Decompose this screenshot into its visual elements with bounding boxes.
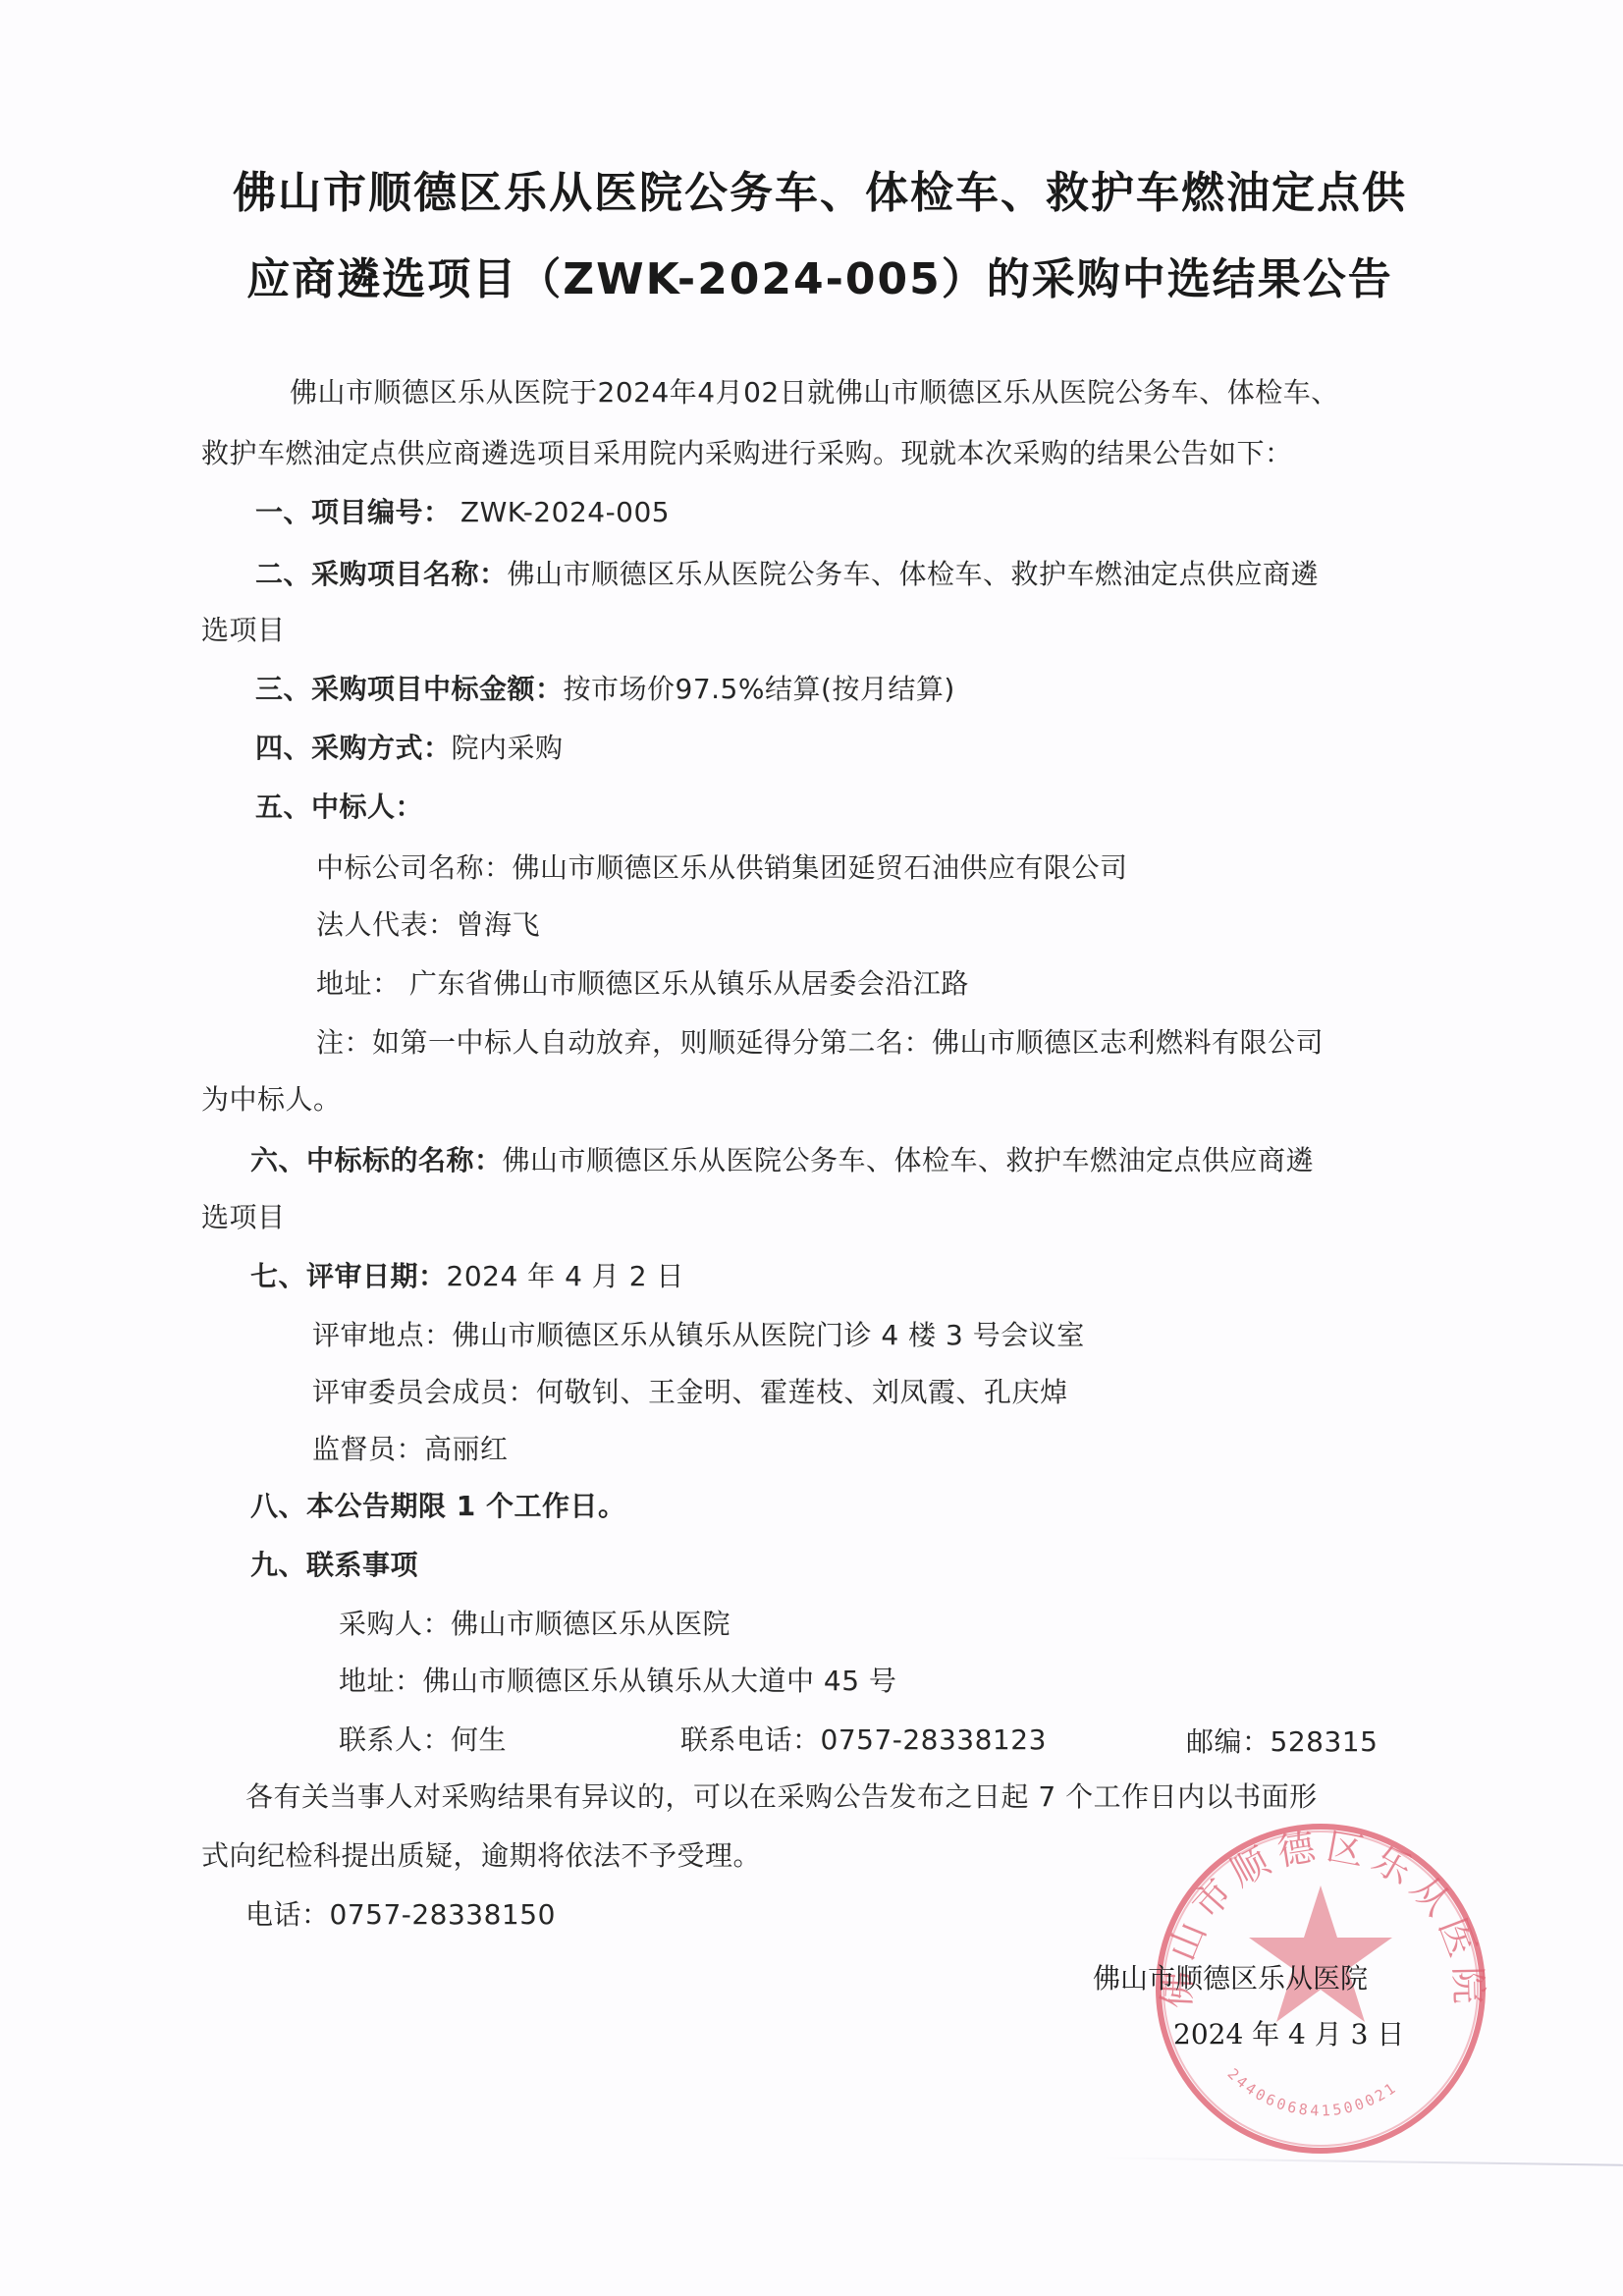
section-notice-period: 八、本公告期限 1 个工作日。	[250, 1485, 625, 1524]
section-label: 二、采购项目名称：	[255, 558, 508, 590]
intro-line-1: 佛山市顺德区乐从医院于2024年4月02日就佛山市顺德区乐从医院公务车、体检车、	[290, 371, 1339, 410]
section-label: 一、项目编号：	[255, 496, 452, 528]
section-subject-name: 六、中标标的名称：佛山市顺德区乐从医院公务车、体检车、救护车燃油定点供应商遴	[250, 1139, 1314, 1178]
runner-up-note: 注：如第一中标人自动放弃，则顺延得分第二名：佛山市顺德区志利燃料有限公司	[316, 1021, 1324, 1061]
seal-code-text: 2440606841500021	[1224, 2065, 1401, 2120]
purchaser: 采购人：佛山市顺德区乐从医院	[339, 1603, 730, 1642]
intro-line-2: 救护车燃油定点供应商遴选项目采用院内采购进行采购。现就本次采购的结果公告如下：	[201, 432, 1293, 471]
winning-company: 中标公司名称：佛山市顺德区乐从供销集团延贸石油供应有限公司	[316, 847, 1128, 886]
section-winning-bidder: 五、中标人：	[255, 786, 423, 825]
supervisor: 监督员：高丽红	[312, 1428, 509, 1467]
review-location: 评审地点：佛山市顺德区乐从镇乐从医院门诊 4 楼 3 号会议室	[312, 1314, 1085, 1353]
section-procurement-method: 四、采购方式：院内采购	[255, 727, 564, 766]
purchaser-address: 地址：佛山市顺德区乐从镇乐从大道中 45 号	[339, 1660, 896, 1699]
section-project-number: 一、项目编号： ZWK-2024-005	[255, 491, 670, 530]
signature-organization: 佛山市顺德区乐从医院	[1093, 1957, 1368, 1996]
document-title-line-1: 佛山市顺德区乐从医院公务车、体检车、救护车燃油定点供	[196, 157, 1443, 220]
legal-representative: 法人代表：曾海飞	[316, 903, 540, 943]
objection-line-2: 式向纪检科提出质疑，逾期将依法不予受理。	[201, 1834, 761, 1874]
winner-address: 地址： 广东省佛山市顺德区乐从镇乐从居委会沿江路	[316, 962, 969, 1002]
subject-name-continued: 选项目	[201, 1196, 286, 1235]
signature-date: 2024 年 4 月 3 日	[1173, 2013, 1404, 2052]
review-date-value: 2024 年 4 月 2 日	[447, 1260, 684, 1292]
inquiry-phone: 电话：0757-28338150	[245, 1893, 556, 1933]
section-contact: 九、联系事项	[250, 1544, 418, 1583]
procurement-method-value: 院内采购	[452, 732, 564, 764]
section-label: 三、采购项目中标金额：	[255, 673, 564, 705]
project-name-continued: 选项目	[201, 609, 286, 648]
project-number-value: ZWK-2024-005	[452, 496, 671, 528]
review-committee: 评审委员会成员：何敬钊、王金明、霍莲枝、刘凤霞、孔庆焯	[312, 1371, 1068, 1410]
objection-line-1: 各有关当事人对采购结果有异议的，可以在采购公告发布之日起 7 个工作日内以书面形	[245, 1776, 1318, 1815]
project-name-value: 佛山市顺德区乐从医院公务车、体检车、救护车燃油定点供应商遴	[508, 558, 1320, 590]
scan-fold-line	[1100, 2157, 1623, 2165]
section-label: 四、采购方式：	[255, 732, 452, 764]
contact-phone: 联系电话：0757-28338123	[680, 1719, 1047, 1758]
svg-text:2440606841500021: 2440606841500021	[1224, 2065, 1401, 2120]
section-project-name: 二、采购项目名称：佛山市顺德区乐从医院公务车、体检车、救护车燃油定点供应商遴	[255, 553, 1319, 592]
section-review-date: 七、评审日期：2024 年 4 月 2 日	[250, 1255, 684, 1294]
section-label: 七、评审日期：	[250, 1260, 447, 1292]
subject-name-value: 佛山市顺德区乐从医院公务车、体检车、救护车燃油定点供应商遴	[503, 1144, 1315, 1176]
section-bid-amount: 三、采购项目中标金额：按市场价97.5%结算(按月结算)	[255, 668, 955, 707]
document-title-line-2: 应商遴选项目（ZWK-2024-005）的采购中选结果公告	[196, 244, 1443, 306]
postcode: 邮编：528315	[1186, 1721, 1378, 1760]
contact-person: 联系人：何生	[339, 1719, 507, 1758]
bid-amount-value: 按市场价97.5%结算(按月结算)	[564, 673, 955, 705]
runner-up-note-continued: 为中标人。	[201, 1078, 342, 1118]
section-label: 六、中标标的名称：	[250, 1144, 503, 1176]
